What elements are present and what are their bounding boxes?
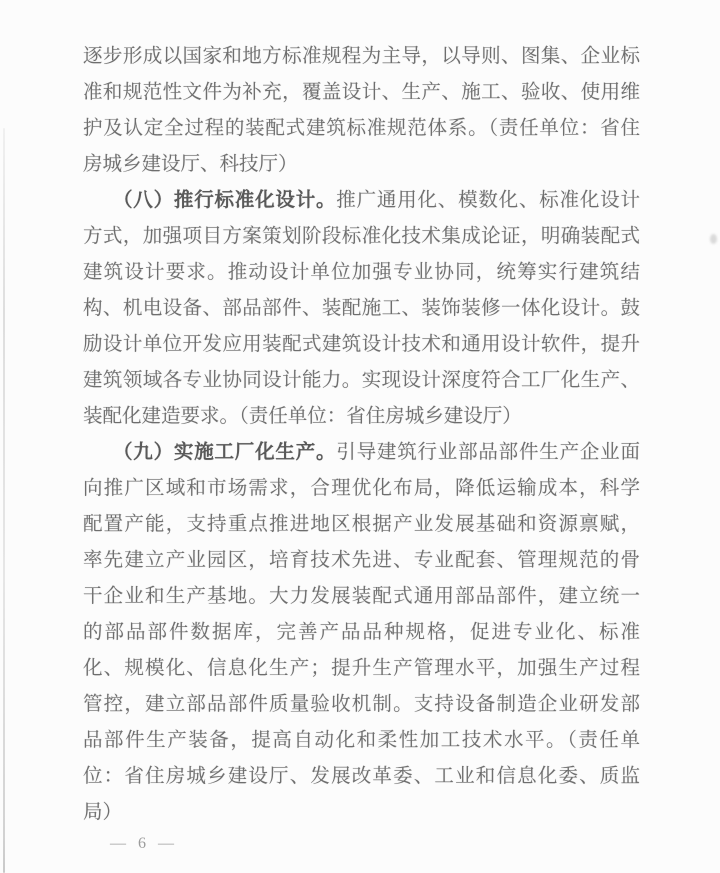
- text-line: 品部件生产装备，提高自动化和柔性加工技术水平。（责任单: [83, 723, 640, 759]
- text-line: 护及认定全过程的装配式建筑标准规范体系。（责任单位：省住: [83, 111, 640, 147]
- text-run: 品部件生产装备，提高自动化和柔性加工技术水平。（责任单: [83, 730, 640, 751]
- document-page: 逐步形成以国家和地方标准规程为主导，以导则、图集、企业标准和规范性文件为补充，覆…: [0, 0, 720, 873]
- text-run: 准和规范性文件为补充，覆盖设计、生产、施工、验收、使用维: [83, 82, 640, 103]
- document-body: 逐步形成以国家和地方标准规程为主导，以导则、图集、企业标准和规范性文件为补充，覆…: [83, 39, 640, 831]
- text-run: 装配化建造要求。（责任单位：省住房城乡建设厅）: [83, 406, 522, 427]
- text-run: 方式，加强项目方案策划阶段标准化技术集成论证，明确装配式: [83, 226, 640, 247]
- text-run: 化、规模化、信息化生产；提升生产管理水平，加强生产过程: [83, 658, 640, 679]
- text-line: （八）推行标准化设计。推广通用化、模数化、标准化设计: [83, 183, 640, 219]
- text-line: 位：省住房城乡建设厅、发展改革委、工业和信息化委、质监: [83, 759, 640, 795]
- text-line: 配置产能，支持重点推进地区根据产业发展基础和资源禀赋，: [83, 507, 640, 543]
- text-run: 向推广区域和市场需求，合理优化布局，降低运输成本，科学: [83, 478, 640, 499]
- text-line: （九）实施工厂化生产。引导建筑行业部品部件生产企业面: [83, 435, 640, 471]
- text-run: 率先建立产业园区，培育技术先进、专业配套、管理规范的骨: [83, 550, 640, 571]
- section-heading: （九）实施工厂化生产。: [113, 442, 336, 463]
- text-run: 构、机电设备、部品部件、装配施工、装饰装修一体化设计。鼓: [83, 298, 640, 319]
- text-run: 干企业和生产基地。大力发展装配式通用部品部件，建立统一: [83, 586, 640, 607]
- text-run: 建筑设计要求。推动设计单位加强专业协同，统筹实行建筑结: [83, 262, 640, 283]
- text-run: 励设计单位开发应用装配式建筑设计技术和通用设计软件，提升: [83, 334, 640, 355]
- text-run: 管控，建立部品部件质量验收机制。支持设备制造企业研发部: [83, 694, 640, 715]
- text-line: 建筑设计要求。推动设计单位加强专业协同，统筹实行建筑结: [83, 255, 640, 291]
- scan-artifact: [710, 234, 717, 244]
- section-heading: （八）推行标准化设计。: [113, 190, 336, 211]
- text-run: 护及认定全过程的装配式建筑标准规范体系。（责任单位：省住: [83, 118, 640, 139]
- page-number: — 6 —: [110, 835, 178, 853]
- text-line: 干企业和生产基地。大力发展装配式通用部品部件，建立统一: [83, 579, 640, 615]
- text-line: 化、规模化、信息化生产；提升生产管理水平，加强生产过程: [83, 651, 640, 687]
- text-run: 局）: [83, 802, 122, 823]
- text-line: 励设计单位开发应用装配式建筑设计技术和通用设计软件，提升: [83, 327, 640, 363]
- text-run: 引导建筑行业部品部件生产企业面: [336, 442, 640, 463]
- text-line: 房城乡建设厅、科技厅）: [83, 147, 640, 183]
- text-line: 方式，加强项目方案策划阶段标准化技术集成论证，明确装配式: [83, 219, 640, 255]
- text-line: 构、机电设备、部品部件、装配施工、装饰装修一体化设计。鼓: [83, 291, 640, 327]
- text-run: 建筑领域各专业协同设计能力。实现设计深度符合工厂化生产、: [83, 370, 640, 391]
- text-run: 逐步形成以国家和地方标准规程为主导，以导则、图集、企业标: [83, 46, 640, 67]
- text-run: 房城乡建设厅、科技厅）: [83, 154, 298, 175]
- text-line: 的部品部件数据库，完善产品品种规格，促进专业化、标准: [83, 615, 640, 651]
- scan-edge-shadow: [3, 128, 5, 873]
- text-line: 建筑领域各专业协同设计能力。实现设计深度符合工厂化生产、: [83, 363, 640, 399]
- text-run: 位：省住房城乡建设厅、发展改革委、工业和信息化委、质监: [83, 766, 640, 787]
- text-line: 准和规范性文件为补充，覆盖设计、生产、施工、验收、使用维: [83, 75, 640, 111]
- text-line: 逐步形成以国家和地方标准规程为主导，以导则、图集、企业标: [83, 39, 640, 75]
- text-run: 的部品部件数据库，完善产品品种规格，促进专业化、标准: [83, 622, 640, 643]
- text-run: 推广通用化、模数化、标准化设计: [336, 190, 640, 211]
- text-line: 向推广区域和市场需求，合理优化布局，降低运输成本，科学: [83, 471, 640, 507]
- text-line: 管控，建立部品部件质量验收机制。支持设备制造企业研发部: [83, 687, 640, 723]
- text-line: 率先建立产业园区，培育技术先进、专业配套、管理规范的骨: [83, 543, 640, 579]
- text-line: 局）: [83, 795, 640, 831]
- text-run: 配置产能，支持重点推进地区根据产业发展基础和资源禀赋，: [83, 514, 640, 535]
- text-line: 装配化建造要求。（责任单位：省住房城乡建设厅）: [83, 399, 640, 435]
